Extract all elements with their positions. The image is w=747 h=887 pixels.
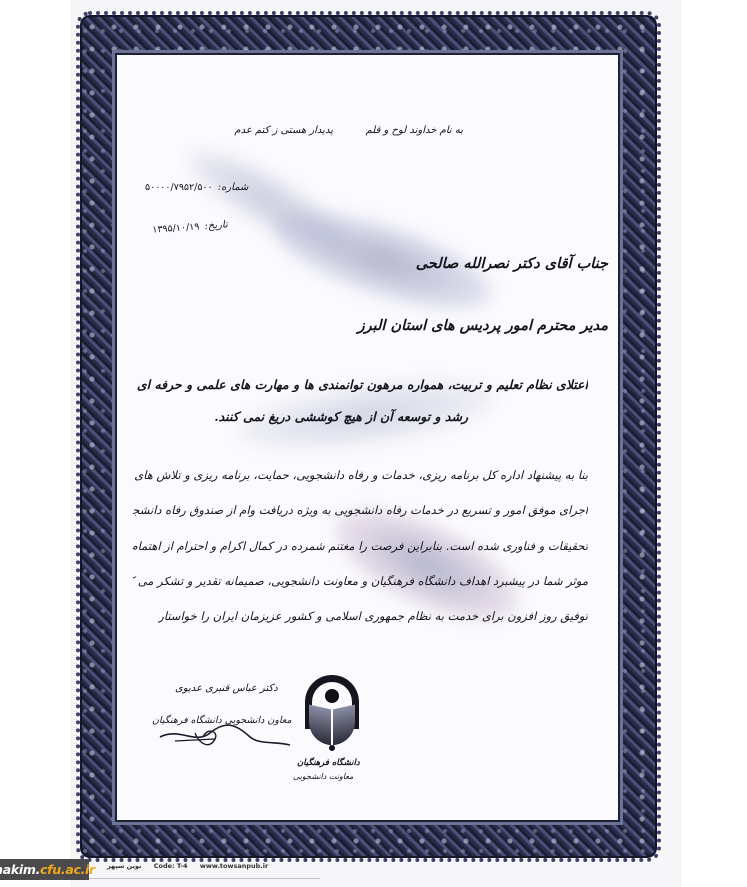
recipient-title: مدیر محترم امور پردیس های استان البرز (358, 317, 608, 334)
watermark-part-2: cfu.ac.ir (40, 862, 95, 877)
print-publisher: نوین سپهر (107, 862, 141, 870)
body-line-4: موثر شما در پیشبرد اهداف دانشگاه فرهنگیا… (133, 574, 588, 588)
page-edge (70, 878, 320, 879)
letter-body: به نام خداوند لوح و قلم پدیدار هستی ز کت… (117, 55, 618, 820)
letter-number: شماره: ۵۰۰۰۰/۷۹۵۲/۵۰۰ (145, 175, 248, 194)
number-value: ۵۰۰۰۰/۷۹۵۲/۵۰۰ (145, 182, 213, 193)
logo-caption-department: معاونت دانشجویی (293, 772, 353, 781)
body-line-1: بنا به پیشنهاد اداره کل برنامه ریزی، خدم… (133, 468, 588, 482)
print-website: www.towsanpub.ir (200, 862, 268, 870)
background-watermark (177, 133, 358, 266)
print-footer: نوین سپهر Code: T-4 www.towsanpub.ir (107, 862, 278, 870)
logo-caption-university: دانشگاه فرهنگیان (297, 758, 360, 768)
intro-line-1: اعتلای نظام تعلیم و تربیت، همواره مرهون … (133, 377, 588, 392)
letter-date: تاریخ: ۱۳۹۵/۱۰/۱۹ (151, 212, 228, 236)
site-watermark-badge: hakim.cfu.ac.ir (0, 859, 89, 880)
date-label: تاریخ: (204, 219, 228, 232)
body-line-5: توفیق روز افزون برای خدمت به نظام جمهوری… (158, 609, 588, 623)
signature-icon (155, 715, 295, 755)
intro-line-2: رشد و توسعه آن از هیچ کوششی دریغ نمی کنن… (214, 409, 468, 424)
recipient-name: جناب آقای دکتر نصرالله صالحی (416, 255, 608, 272)
motto: پدیدار هستی ز کتم عدم (234, 125, 333, 136)
date-value: ۱۳۹۵/۱۰/۱۹ (152, 221, 200, 235)
number-label: شماره: (218, 182, 249, 193)
university-logo-icon (297, 675, 367, 755)
basmala: به نام خداوند لوح و قلم (366, 125, 463, 136)
body-line-2: اجرای موفق امور و تسریع در خدمات رفاه دا… (133, 503, 588, 517)
signatory-name: دکتر عباس قنبری عدیوی (175, 683, 278, 694)
watermark-part-1: hakim. (0, 862, 40, 877)
print-code: Code: T-4 (154, 862, 188, 870)
body-line-3: تحقیقات و فناوری شده است. بنابراین فرصت … (133, 539, 588, 553)
